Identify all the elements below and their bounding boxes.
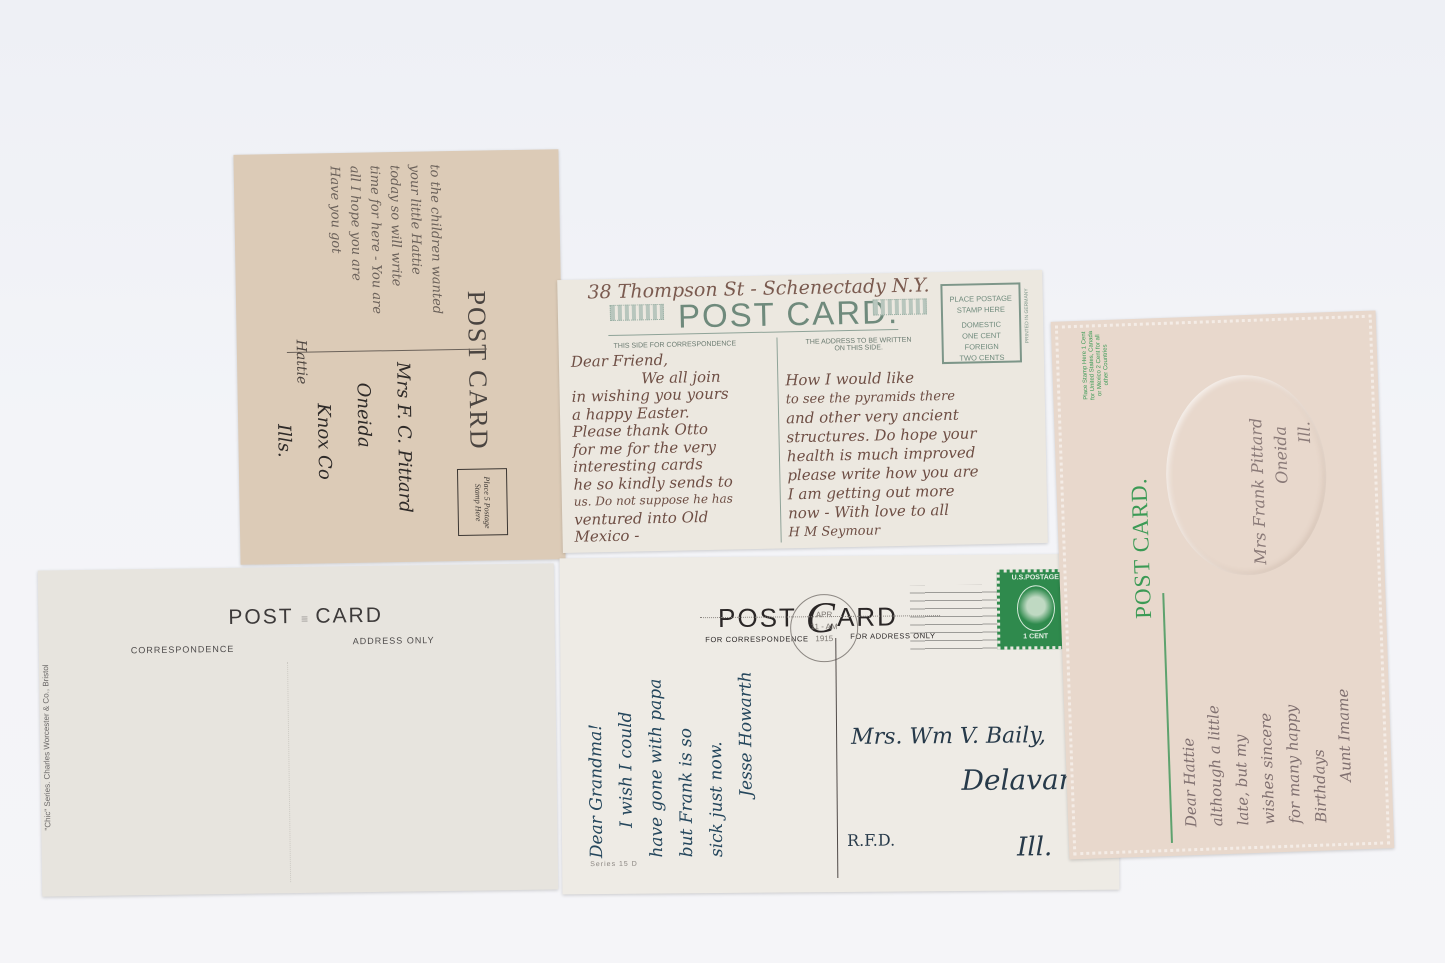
postcard-birthday-pink: Place Stamp Here 1 Cent for United State… <box>1051 310 1395 859</box>
address-line: Oneida <box>342 362 385 514</box>
address-label: THE ADDRESS TO BE WRITTEN ON THIS SIDE. <box>803 337 913 353</box>
postmark: APR 11 - AM 1915 <box>790 594 859 663</box>
signature: Jesse Howarth <box>731 671 763 857</box>
message-line: have gone with papa <box>641 672 673 858</box>
correspondence-label: THIS SIDE FOR CORRESPONDENCE <box>614 340 737 350</box>
address-line: Mrs F. C. Pittard <box>382 362 425 514</box>
address-block: Mrs F. C. Pittard Oneida Knox Co Ills. <box>262 362 425 516</box>
postcard-title: POST ≡ CARD <box>228 604 383 630</box>
message-line: your little Hattie <box>404 165 427 315</box>
stamp-instructions: Place Stamp Here 1 Cent for United State… <box>1081 330 1111 401</box>
message-line: time for here - You are <box>364 165 387 315</box>
printed-in-label: PRINTED IN GERMANY <box>1023 288 1030 343</box>
address-block: Mrs Frank Pittard Oneida Ill. <box>1244 416 1321 565</box>
decorative-ornament <box>610 304 664 321</box>
signature: Aunt Imame <box>1330 688 1361 822</box>
divider-line <box>835 638 838 878</box>
postcard-easter-seymour: 38 Thompson St - Schenectady N.Y. POST C… <box>557 270 1048 553</box>
postmark-text: APR <box>791 609 857 622</box>
address-line: Mrs. Wm V. Baily, <box>851 714 1077 760</box>
stamp-box: Place 5 Postage Stamp Here <box>457 468 508 536</box>
divider-line <box>287 348 487 352</box>
postcard-title: POST CARD. <box>1126 477 1157 619</box>
title-post: POST <box>228 605 293 629</box>
message-line: to the children wanted <box>424 164 447 314</box>
address-line: Ills. <box>262 364 305 516</box>
postmark-text: 1915 <box>791 633 857 646</box>
message-line: although a little <box>1200 693 1231 827</box>
address-block: Mrs. Wm V. Baily, Delavan <box>851 714 1077 804</box>
message-line: I am getting out more <box>788 481 980 504</box>
postcard-blank-worcester: POST ≡ CARD CORRESPONDENCE ADDRESS ONLY … <box>38 563 559 896</box>
message-line: today so will write <box>384 165 407 315</box>
message-line: Dear Grandma! <box>581 673 613 859</box>
divider-line <box>287 662 291 882</box>
message-line: Mexico - <box>574 525 734 546</box>
stamp-text: 1 CENT <box>1000 633 1071 641</box>
address-line: Delavan <box>851 758 1077 804</box>
right-message: How I would like to see the pyramids the… <box>785 367 980 542</box>
address-line: R.F.D. <box>847 831 895 850</box>
decorative-ornament <box>873 298 927 315</box>
signature: H M Seymour <box>788 519 980 542</box>
message-line: all I hope you are <box>344 166 367 316</box>
series-number: Series 15 D <box>590 861 638 868</box>
stamp-box: PLACE POSTAGE STAMP HERE DOMESTIC ONE CE… <box>940 282 1022 364</box>
stamp-text: TWO CENTS <box>944 351 1020 364</box>
message-line: I wish I could <box>611 672 643 858</box>
message-line: Have you got <box>324 166 347 316</box>
message-block: Dear Hattie although a little late, but … <box>1174 688 1361 827</box>
postmark-text: 11 - AM <box>791 621 857 634</box>
message-line: for many happy <box>1278 690 1309 824</box>
message-block: to the children wanted your little Hatti… <box>254 158 497 347</box>
left-message: Dear Friend, We all join in wishing you … <box>571 351 734 547</box>
divider-line <box>776 338 781 543</box>
message-line: sick just now. <box>701 671 733 857</box>
address-line: Ill. <box>1292 416 1321 564</box>
address-line: Ill. <box>1017 832 1052 862</box>
washington-portrait-icon <box>1016 585 1054 631</box>
publisher-imprint: "Chic" Series. Charles Worcester & Co., … <box>41 664 52 830</box>
address-line: Knox Co <box>302 363 345 515</box>
postcard-pittard-tan: POST CARD to the children wanted your li… <box>233 149 565 565</box>
message-line: but Frank is so <box>671 672 703 858</box>
title-card: CARD <box>315 604 383 628</box>
message-block: Dear Grandma! I wish I could have gone w… <box>581 671 763 858</box>
correspondence-label: CORRESPONDENCE <box>131 644 235 655</box>
stamp-text: PLACE POSTAGE <box>943 292 1019 305</box>
stamp-text: STAMP HERE <box>943 303 1019 316</box>
postcard-baily-delavan: POST CARD FOR CORRESPONDENCE FOR ADDRESS… <box>560 554 1120 895</box>
address-label: ADDRESS ONLY <box>353 635 435 646</box>
